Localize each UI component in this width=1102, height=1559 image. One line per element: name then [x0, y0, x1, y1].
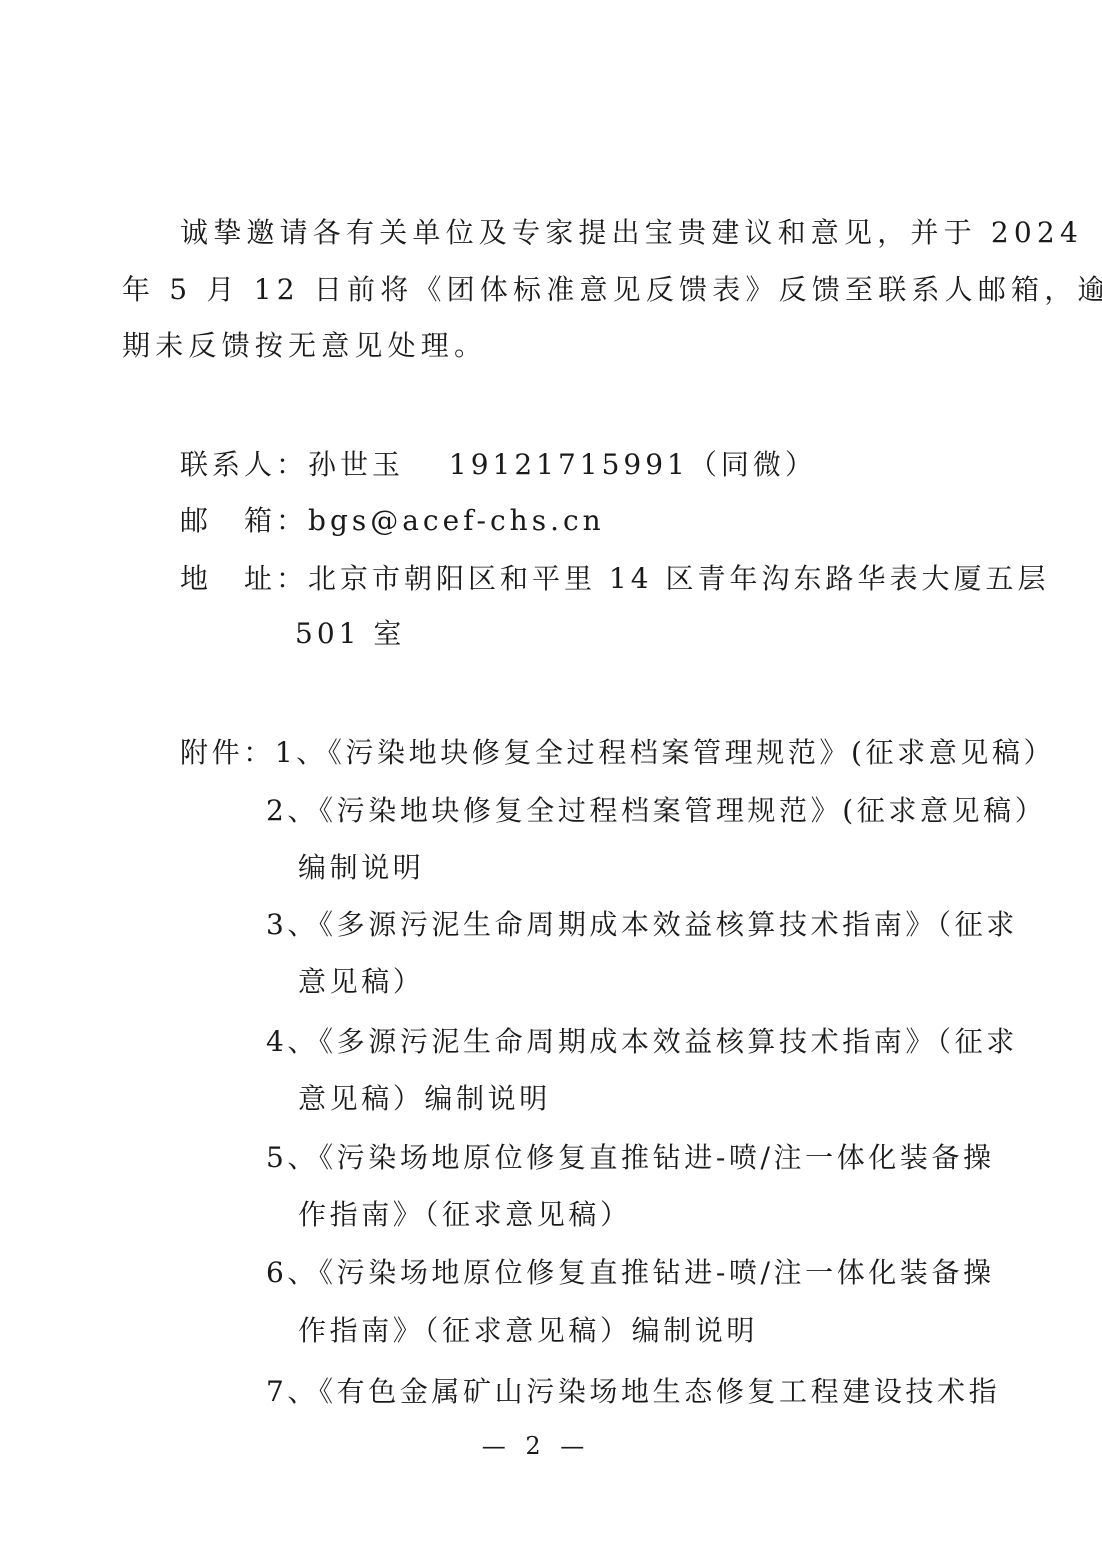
attachment-title: 《污染场地原位修复直推钻进-喷/注一体化装备操 [319, 1256, 995, 1289]
contact-person: 联系人：孙世玉 19121715991（同微） [180, 448, 817, 482]
attachment-item-4-cont: 意见稿）编制说明 [298, 1082, 551, 1116]
attachment-item-6: 6、《污染场地原位修复直推钻进-喷/注一体化装备操 [266, 1256, 995, 1290]
attachment-number: 3、 [266, 908, 319, 941]
attachment-title: 《污染地块修复全过程档案管理规范》(征求意见稿） [319, 794, 1046, 827]
attachment-item-6-cont: 作指南》（征求意见稿）编制说明 [298, 1314, 758, 1348]
contact-email-label: 邮 箱： [180, 504, 308, 537]
attachment-title: 《污染地块修复全过程档案管理规范》(征求意见稿） [328, 736, 1055, 769]
contact-person-label: 联系人： [180, 448, 308, 481]
attachment-number: 5、 [266, 1141, 319, 1174]
attachment-number: 2、 [266, 794, 319, 827]
attachment-item-3: 3、《多源污泥生命周期成本效益核算技术指南》（征求 [266, 908, 1018, 942]
contact-address-value-line2: 501 室 [295, 617, 405, 651]
paragraph-line-2: 年 5 月 12 日前将《团体标准意见反馈表》反馈至联系人邮箱，逾 [122, 273, 1102, 307]
attachment-item-5: 5、《污染场地原位修复直推钻进-喷/注一体化装备操 [266, 1141, 995, 1175]
page-number: — 2 — [0, 1432, 1072, 1460]
attachment-item-4: 4、《多源污泥生命周期成本效益核算技术指南》（征求 [266, 1025, 1018, 1059]
attachment-item-1: 附件：1、《污染地块修复全过程档案管理规范》(征求意见稿） [180, 736, 1055, 770]
paragraph-line-3: 期未反馈按无意见处理。 [122, 329, 487, 363]
attachment-item-3-cont: 意见稿） [298, 965, 424, 999]
contact-address-label: 地 址： [180, 562, 308, 595]
attachment-item-2-cont: 编制说明 [298, 851, 424, 885]
contact-address-value-line1: 北京市朝阳区和平里 14 区青年沟东路华表大厦五层 [308, 562, 1049, 595]
contact-email: 邮 箱：bgs@acef-chs.cn [180, 504, 605, 538]
attachment-item-7: 7、《有色金属矿山污染场地生态修复工程建设技术指 [266, 1375, 1000, 1409]
contact-email-value: bgs@acef-chs.cn [308, 504, 605, 537]
attachment-item-2: 2、《污染地块修复全过程档案管理规范》(征求意见稿） [266, 794, 1046, 828]
contact-person-value: 孙世玉 19121715991（同微） [308, 448, 817, 481]
paragraph-line-1: 诚挚邀请各有关单位及专家提出宝贵建议和意见，并于 2024 [180, 216, 1083, 250]
attachment-item-5-cont: 作指南》（征求意见稿） [298, 1198, 632, 1232]
attachment-title: 《多源污泥生命周期成本效益核算技术指南》（征求 [319, 1025, 1018, 1058]
attachment-title: 《有色金属矿山污染场地生态修复工程建设技术指 [319, 1375, 1000, 1408]
document-page: 诚挚邀请各有关单位及专家提出宝贵建议和意见，并于 2024 年 5 月 12 日… [0, 0, 1102, 1559]
attachment-title: 《污染场地原位修复直推钻进-喷/注一体化装备操 [319, 1141, 995, 1174]
attachment-number: 6、 [266, 1256, 319, 1289]
attachments-label: 附件： [180, 736, 275, 769]
attachment-title: 《多源污泥生命周期成本效益核算技术指南》（征求 [319, 908, 1018, 941]
contact-address: 地 址：北京市朝阳区和平里 14 区青年沟东路华表大厦五层 [180, 562, 1049, 596]
attachment-number: 4、 [266, 1025, 319, 1058]
attachment-number: 7、 [266, 1375, 319, 1408]
attachment-number: 1、 [275, 736, 328, 769]
